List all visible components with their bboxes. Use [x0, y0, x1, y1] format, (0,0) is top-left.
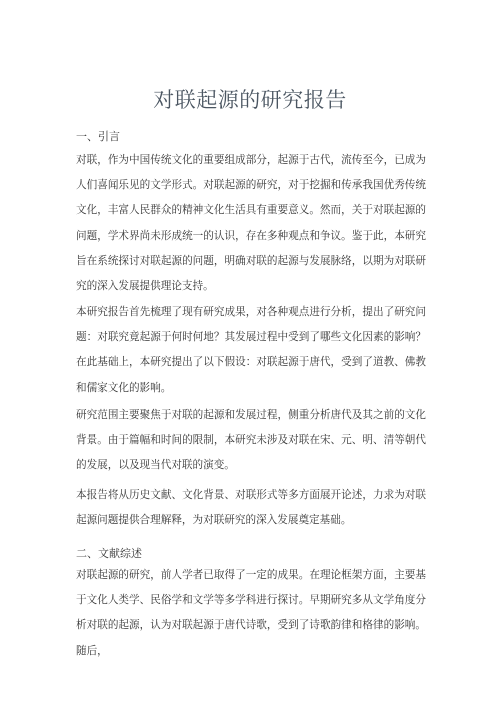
- section-heading-literature-review: 二、文献综述: [76, 545, 142, 561]
- document-page: 对联起源的研究报告 一、引言 对联，作为中国传统文化的重要组成部分，起源于古代，…: [0, 0, 500, 707]
- paragraph: 研究范围主要聚焦于对联的起源和发展过程，侧重分析唐代及其之前的文化背景。由于篇幅…: [76, 403, 426, 479]
- section-heading-introduction: 一、引言: [76, 128, 120, 144]
- paragraph: 对联起源的研究，前人学者已取得了一定的成果。在理论框架方面，主要基于文化人类学、…: [76, 563, 426, 664]
- document-title: 对联起源的研究报告: [0, 84, 500, 114]
- paragraph: 对联，作为中国传统文化的重要组成部分，起源于古代，流传至今，已成为人们喜闻乐见的…: [76, 148, 426, 299]
- paragraph: 本研究报告首先梳理了现有研究成果，对各种观点进行分析，提出了研究问题：对联究竟起…: [76, 300, 426, 401]
- paragraph: 本报告将从历史文献、文化背景、对联形式等多方面展开论述，力求为对联起源问题提供合…: [76, 483, 426, 533]
